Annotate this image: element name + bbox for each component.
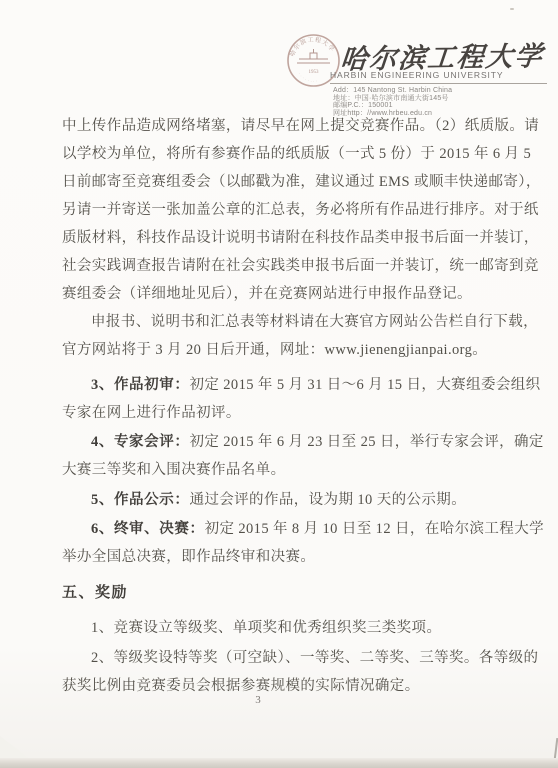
body-line: 赛组委会（详细地址见后），并在竞赛网站进行申报作品登记。 (62, 280, 524, 308)
letterhead-divider (330, 83, 547, 84)
university-name-en: HARBIN ENGINEERING UNIVERSITY (330, 70, 550, 80)
scan-speck (510, 8, 514, 10)
body-line: 另请一并寄送一张加盖公章的汇总表，务必将所有作品进行排序。对于纸 (62, 196, 524, 224)
body-line: 以学校为单位，将所有参赛作品的纸质版（一式 5 份）于 2015 年 6 月 5 (62, 140, 524, 168)
body-line: 申报书、说明书和汇总表等材料请在大赛官方网站公告栏自行下载， (62, 308, 524, 336)
body-line: 社会实践调查报告请附在社会实践类申报书后面一并装订，统一邮寄到竞 (62, 252, 524, 280)
svg-text:哈尔滨工程大学: 哈尔滨工程大学 (288, 35, 337, 57)
page-number: 3 (0, 694, 516, 706)
body-line: 4、专家会评：初定 2015 年 6 月 23 日至 25 日，举行专家会评，确… (62, 428, 524, 456)
body-line: 质版材料，科技作品设计说明书请附在科技作品类申报书后面一并装订， (62, 224, 524, 252)
body-line: 官方网站将于 3 月 20 日后开通，网址：www.jienengjianpai… (62, 336, 524, 364)
address-line-en: Add：145 Nantong St. Harbin China (333, 87, 548, 95)
body-line: 1、竞赛设立等级奖、单项奖和优秀组织奖三类奖项。 (62, 614, 524, 642)
body-line: 大赛三等奖和入围决赛作品名单。 (62, 456, 524, 484)
body-line: 5、作品公示：通过会评的作品，设为期 10 天的公示期。 (62, 486, 524, 514)
document-body: 中上传作品造成网络堵塞，请尽早在网上提交竞赛作品。（2）纸质版。请 以学校为单位… (62, 112, 524, 700)
body-line: 日前邮寄至竞赛组委会（以邮戳为准，建议通过 EMS 或顺丰快递邮寄）， (62, 168, 524, 196)
body-line: 2、等级奖设特等奖（可空缺）、一等奖、二等奖、三等奖。各等级的 (62, 644, 524, 672)
section-heading: 五、奖励 (62, 579, 524, 607)
body-line: 6、终审、决赛：初定 2015 年 8 月 10 日至 12 日，在哈尔滨工程大… (62, 515, 524, 543)
body-line: 3、作品初审：初定 2015 年 5 月 31 日～6 月 15 日，大赛组委会… (62, 371, 524, 399)
svg-text:1953: 1953 (309, 70, 320, 75)
body-line: 中上传作品造成网络堵塞，请尽早在网上提交竞赛作品。（2）纸质版。请 (62, 112, 524, 140)
body-line: 专家在网上进行作品初评。 (62, 399, 524, 427)
address-postcode: 邮编P.C.：150001 (333, 102, 548, 110)
body-line: 举办全国总决赛，即作品终审和决赛。 (62, 543, 524, 571)
scan-bottom-edge (0, 758, 558, 768)
university-name-zh: 哈尔滨工程大学 (339, 34, 527, 71)
